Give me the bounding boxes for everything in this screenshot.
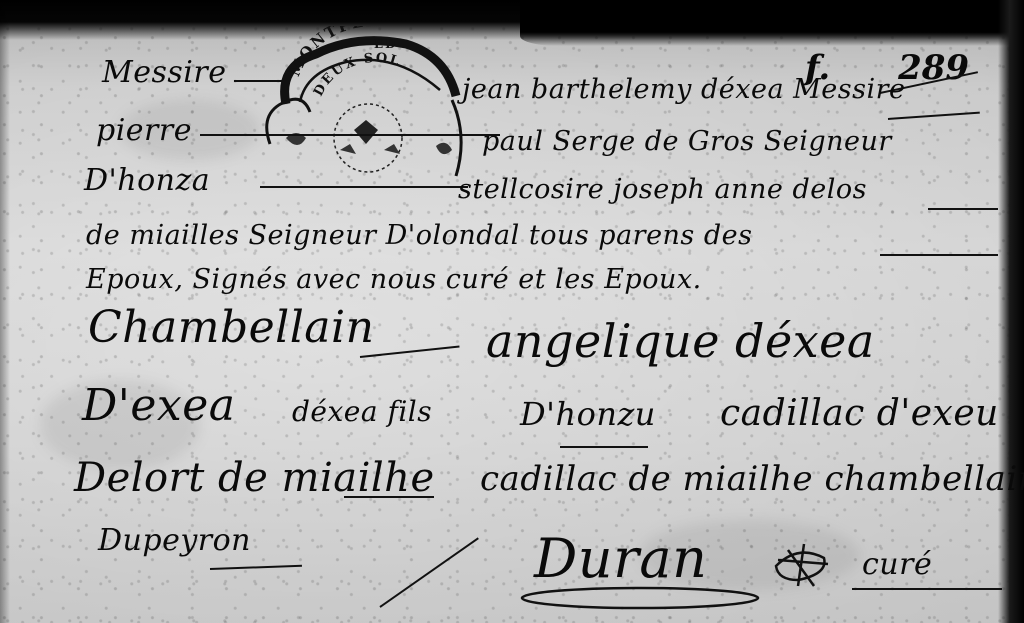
fill-line — [260, 186, 468, 188]
signature-cross-mark — [768, 540, 838, 590]
fill-line — [880, 254, 998, 256]
fiscal-stamp: MONTPEL DEUX SOL ED — [256, 26, 470, 186]
signature-paraph — [520, 584, 780, 614]
signature-delort-de-miailhe: Delort de miailhe — [74, 458, 435, 498]
signature-dupeyron: Dupeyron — [98, 526, 251, 556]
left-name-pierre: pierre — [96, 116, 192, 146]
signature-underline — [852, 588, 1002, 590]
svg-text:ED: ED — [374, 37, 398, 51]
signature-cadillac-dexeu: cadillac d'exeu — [720, 396, 999, 432]
fill-line — [234, 80, 290, 82]
signature-dhonzu: D'honzu — [520, 398, 656, 430]
signature-underline — [560, 446, 648, 448]
register-page: f. 289 MONTPEL DEUX SOL ED Messire pierr… — [0, 0, 1024, 623]
text-line-2: paul Serge de Gros Seigneur — [482, 128, 892, 155]
signature-cadillac-de-miailhe-chambellain: cadillac de miailhe chambellain — [480, 462, 1024, 496]
scan-edge-left — [0, 0, 10, 623]
signature-chambellain: Chambellain — [88, 306, 374, 350]
svg-text:DEUX SOL: DEUX SOL — [311, 51, 403, 99]
left-name-messire: Messire — [102, 58, 226, 88]
scan-edge-right — [998, 0, 1024, 623]
signature-dexea: D'exea — [82, 384, 236, 428]
left-name-dhonza: D'honza — [84, 166, 210, 196]
signature-underline — [344, 496, 434, 498]
signature-duran: Duran — [534, 532, 707, 586]
signature-cure: curé — [862, 550, 932, 580]
fill-line — [928, 208, 998, 210]
fill-line — [200, 134, 500, 136]
signature-angelique-dexea: angelique déxea — [486, 318, 875, 364]
scan-edge-top-right — [520, 0, 1024, 46]
text-line-5: Epoux, Signés avec nous curé et les Epou… — [86, 266, 702, 293]
text-line-4: de miailles Seigneur D'olondal tous pare… — [86, 222, 753, 249]
signature-dexea-fils: déxea fils — [292, 398, 432, 426]
text-line-3: stellcosire joseph anne delos — [458, 176, 867, 203]
text-line-1: jean barthelemy déxea Messire — [462, 76, 905, 103]
